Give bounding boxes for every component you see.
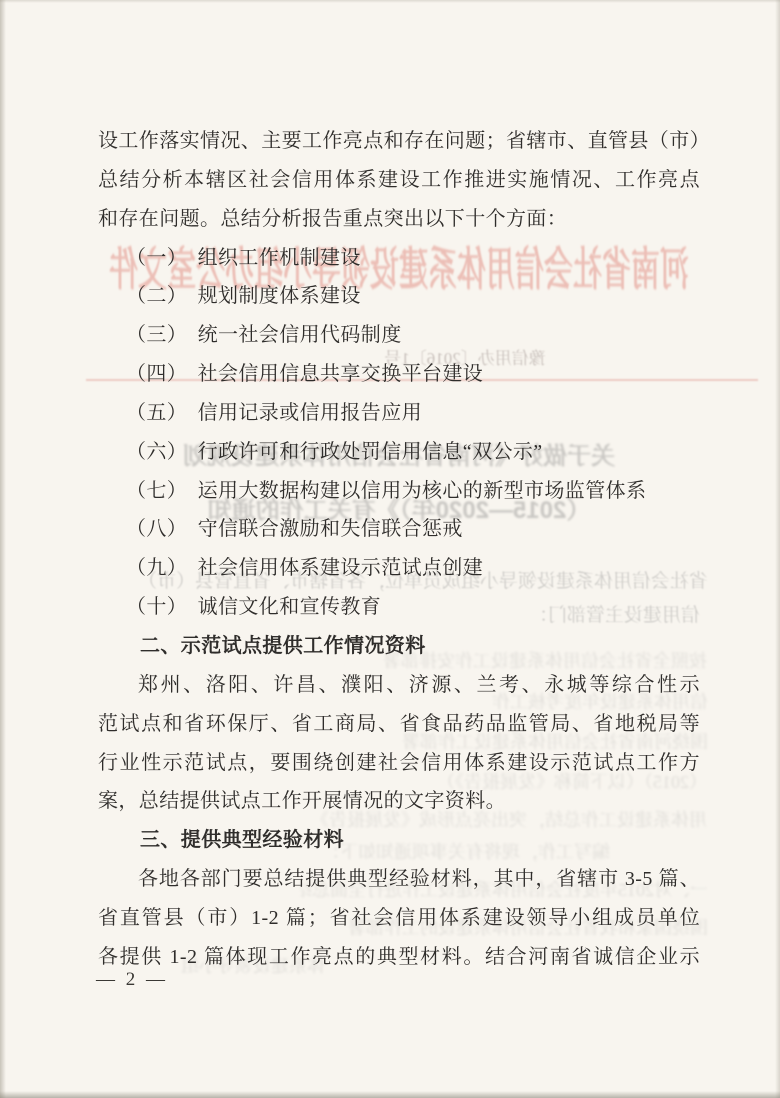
para3-line-1: 各地各部门要总结提供典型经验材料，其中，省辖市 3-5 篇、: [98, 860, 700, 899]
para3-line-2: 省直管县（市）1-2 篇；省社会信用体系建设领导小组成员单位: [98, 899, 700, 938]
document-page: 河南省社会信用体系建设领导小组办公室文件 豫信用办〔2016〕1号 关于做好《河…: [0, 0, 780, 1098]
para1-line-2: 总结分析本辖区社会信用体系建设工作推进实施情况、工作亮点: [98, 161, 700, 200]
section-heading-2: 二、示范试点提供工作情况资料: [98, 627, 700, 666]
scan-edge-bottom: [0, 1091, 780, 1098]
list-item-5: （五） 信用记录或信用报告应用: [98, 394, 700, 433]
list-item-9: （九） 社会信用体系建设示范试点创建: [98, 549, 700, 588]
list-item-10: （十） 诚信文化和宣传教育: [98, 588, 700, 627]
para1-line-3: 和存在问题。总结分析报告重点突出以下十个方面：: [98, 200, 700, 239]
para2-line-4: 案，总结提供试点工作开展情况的文字资料。: [98, 782, 700, 821]
list-item-7: （七） 运用大数据构建以信用为核心的新型市场监管体系: [98, 472, 700, 511]
list-item-2: （二） 规划制度体系建设: [98, 277, 700, 316]
para2-line-2: 范试点和省环保厅、省工商局、省食品药品监管局、省地税局等: [98, 705, 700, 744]
para2-line-3: 行业性示范试点，要围绕创建社会信用体系建设示范试点工作方: [98, 744, 700, 783]
para3-line-3: 各提供 1-2 篇体现工作亮点的典型材料。结合河南省诚信企业示: [98, 938, 700, 977]
scan-edge-top: [0, 0, 780, 3]
list-item-6: （六） 行政许可和行政处罚信用信息“双公示”: [98, 433, 700, 472]
scan-edge-left: [0, 0, 6, 1098]
list-item-1: （一） 组织工作机制建设: [98, 239, 700, 278]
list-item-8: （八） 守信联合激励和失信联合惩戒: [98, 510, 700, 549]
document-body: 设工作落实情况、主要工作亮点和存在问题；省辖市、直管县（市） 总结分析本辖区社会…: [98, 122, 700, 977]
scan-edge-right: [775, 0, 780, 1098]
para1-line-1: 设工作落实情况、主要工作亮点和存在问题；省辖市、直管县（市）: [98, 122, 700, 161]
list-item-4: （四） 社会信用信息共享交换平台建设: [98, 355, 700, 394]
section-heading-3: 三、提供典型经验材料: [98, 821, 700, 860]
list-item-3: （三） 统一社会信用代码制度: [98, 316, 700, 355]
para2-line-1: 郑州、洛阳、许昌、濮阳、济源、兰考、永城等综合性示: [98, 666, 700, 705]
page-number: — 2 —: [96, 969, 168, 991]
